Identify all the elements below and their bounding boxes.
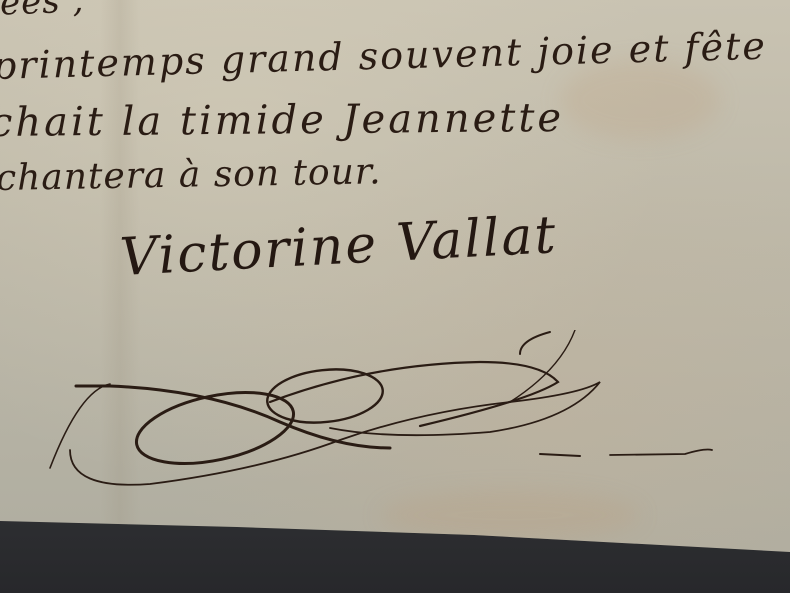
signature: Victorine Vallat bbox=[118, 205, 558, 288]
paper-sheet: ees , printemps grand souvent joie et fê… bbox=[0, 0, 790, 593]
handwritten-line-1: printemps grand souvent joie et fête bbox=[0, 24, 767, 88]
letter-photo: ees , printemps grand souvent joie et fê… bbox=[0, 0, 790, 593]
paraph-flourish-icon bbox=[40, 330, 760, 510]
handwritten-line-0: ees , bbox=[0, 0, 85, 23]
handwritten-line-2: chait la timide Jeannette bbox=[0, 95, 564, 146]
handwritten-line-3: chantera à son tour. bbox=[0, 151, 382, 199]
